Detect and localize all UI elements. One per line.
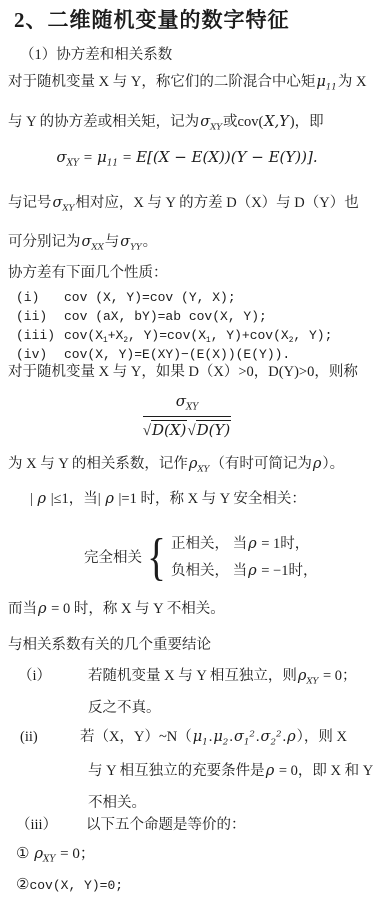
paragraph-intro-1: 对于随机变量 X 与 Y，称它们的二阶混合中心矩μ11为 X [8,72,366,92]
property-body-iii: cov(X1+X2, Y)=cov(X1, Y)+cov(X2, Y); [64,327,332,343]
display-formula-covariance: σXY = μ11 = E[(X − E(X))(Y − E(Y))]. [0,147,374,169]
property-body-i: cov (X, Y)=cov (Y, X); [64,289,236,305]
conclusion-item-iii: （iii）以下五个命题是等价的： [16,815,246,835]
property-item-i: (i)cov (X, Y)=cov (Y, X); [16,287,236,307]
property-marker-ii: (ii) [16,308,64,326]
paragraph-correlation-def: 为 X 与 Y 的相关系数，记作ρXY（有时可简记为ρ）。 [8,454,344,474]
case-row-positive: 正相关， 当ρ = 1时， [171,531,318,558]
equivalent-statement-1: ① ρXY = 0； [16,843,95,865]
conclusion-marker-i: （i） [18,666,88,686]
paragraph-intro-2: 与 Y 的协方差或相关矩，记为σXY或cov(X,Y)，即 [8,112,324,132]
document-page: { "doc": { "title": "2、二维随机变量的数字特征", "se… [0,0,374,900]
conclusion-item-i: （i）若随机变量 X 与 Y 相互独立，则ρXY = 0； [18,666,357,686]
property-body-ii: cov (aX, bY)=ab cov(X, Y); [64,308,267,324]
left-brace: { [147,532,166,584]
properties-intro: 协方差有下面几个性质： [8,263,168,283]
cases-label: 完全相关 [84,548,142,568]
property-marker-i: (i) [16,289,64,307]
fraction: σXY √D(X)√D(Y) [143,391,232,442]
equivalent-statement-2: ②cov(X, Y)=0; [16,875,123,896]
paragraph-variance-notation: 可分别记为σXX与σYY。 [8,232,157,252]
paragraph-notation: 与记号σXY相对应，X 与 Y 的方差 D（X）与 D（Y）也 [8,193,359,213]
conclusion-body-iii: 以下五个命题是等价的： [86,817,246,833]
page-title: 2、二维随机变量的数字特征 [14,6,290,35]
fraction-denominator: √D(X)√D(Y) [143,417,232,442]
fraction-numerator: σXY [143,391,232,417]
section-heading: （1）协方差和相关系数 [20,45,172,65]
conclusion-ii-continuation-1: 与 Y 相互独立的充要条件是ρ = 0，即 X 和 Y [88,761,373,781]
conclusion-ii-continuation-2: 不相关。 [88,793,146,813]
conclusion-item-ii: (ii)若（X，Y）~N（μ1.μ2.σ12.σ22.ρ），则 X [20,727,347,747]
correlation-fraction: σXY √D(X)√D(Y) [0,391,374,442]
conclusions-heading: 与相关系数有关的几个重要结论 [8,635,211,655]
property-marker-iii: (iii) [16,327,64,345]
conclusion-body-i: 若随机变量 X 与 Y 相互独立，则ρXY = 0； [88,668,357,684]
complete-correlation-cases: 完全相关 { 正相关， 当ρ = 1时， 负相关， 当ρ = −1时， [84,531,317,585]
cases-rows: 正相关， 当ρ = 1时， 负相关， 当ρ = −1时， [171,531,318,585]
property-item-ii: (ii)cov (aX, bY)=ab cov(X, Y); [16,306,267,326]
conclusion-body-ii: 若（X，Y）~N（μ1.μ2.σ12.σ22.ρ），则 X [80,729,347,745]
conclusion-marker-iii: （iii） [16,815,86,835]
paragraph-uncorrelated: 而当ρ = 0 时，称 X 与 Y 不相关。 [8,599,225,619]
paragraph-condition: 对于随机变量 X 与 Y，如果 D（X）>0，D(Y)>0，则称 [8,362,358,382]
property-item-iii: (iii)cov(X1+X2, Y)=cov(X1, Y)+cov(X2, Y)… [16,325,332,345]
conclusion-marker-ii: (ii) [20,727,80,747]
case-row-negative: 负相关， 当ρ = −1时， [171,558,318,585]
paragraph-rho-bound: | ρ |≤1，当| ρ |=1 时，称 X 与 Y 安全相关： [30,489,306,509]
conclusion-i-continuation: 反之不真。 [88,698,161,718]
property-body-iv: cov(X, Y)=E(XY)−(E(X))(E(Y)). [64,346,290,362]
